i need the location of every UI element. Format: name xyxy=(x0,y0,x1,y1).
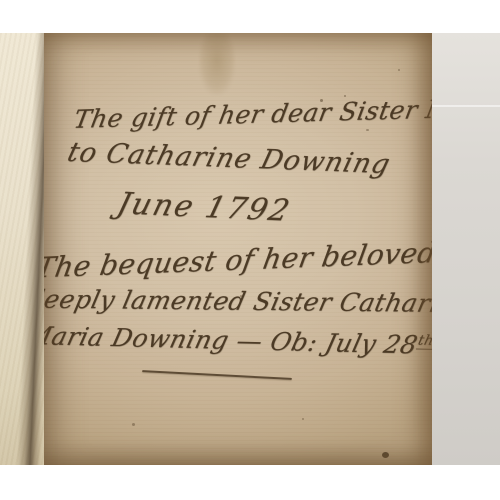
ordinal-suffix: th xyxy=(416,332,432,349)
backdrop-seam xyxy=(430,105,500,107)
foxing-spot xyxy=(302,418,304,420)
foxing-spot xyxy=(398,69,400,71)
inscription-gift-date: June 1792 xyxy=(114,186,295,228)
paper-smudge xyxy=(199,33,235,95)
inscription-bequest-line2: deeply lamented Sister Catharine — xyxy=(44,285,432,319)
foxing-spot xyxy=(382,452,389,458)
book-photograph: The gift of her dear Sister Mari to Cath… xyxy=(0,33,500,465)
foxing-spot xyxy=(366,129,369,131)
foxing-spot xyxy=(132,423,135,426)
table-backdrop xyxy=(430,33,500,465)
flyleaf-page: The gift of her dear Sister Mari to Cath… xyxy=(44,33,432,465)
